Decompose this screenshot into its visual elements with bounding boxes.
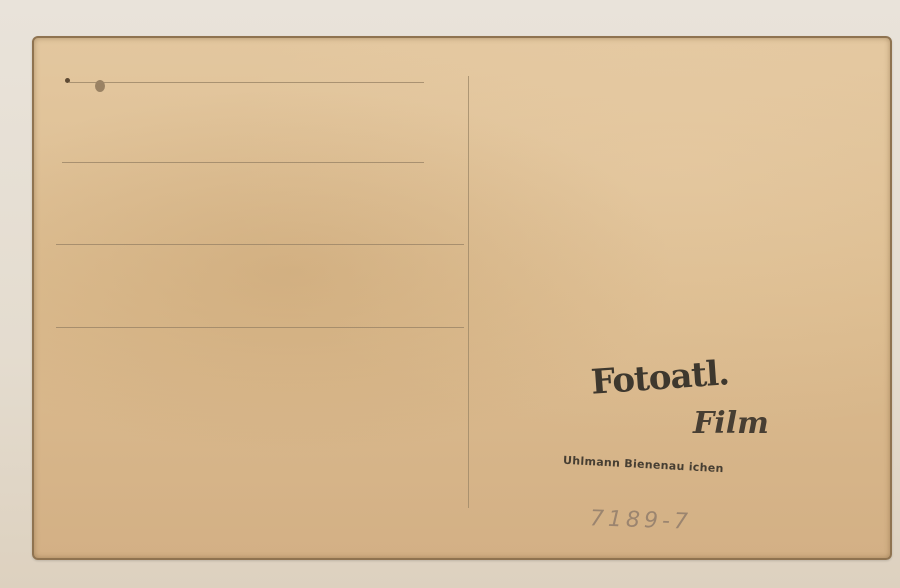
stamp-text-line3: Uhlmann Bienenau ichen [563, 454, 724, 475]
stamp-text-line2: Film [693, 406, 769, 441]
stamp-text-line1: Fotoatl. [590, 353, 730, 403]
publisher-stamp: Fotoatl. Film Uhlmann Bienenau ichen [565, 358, 805, 508]
center-divider [468, 76, 469, 508]
address-line-4 [56, 327, 464, 328]
pencil-inventory-number: 7189-7 [590, 506, 693, 535]
address-line-1 [68, 82, 424, 83]
address-line-3 [56, 244, 464, 245]
address-line-2 [62, 162, 424, 163]
